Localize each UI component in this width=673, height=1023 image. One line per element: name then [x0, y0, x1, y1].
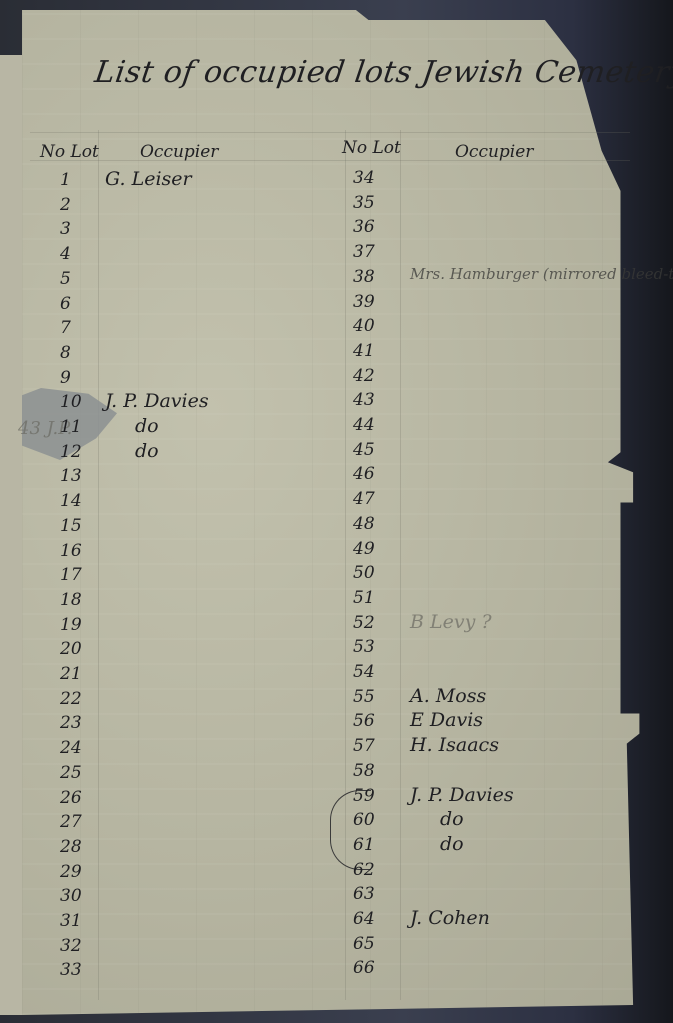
lot-number: 18 [60, 590, 82, 610]
lot-number: 29 [60, 862, 82, 882]
lot-number: 16 [60, 541, 82, 561]
ruled-line [30, 160, 630, 161]
lot-number: 39 [353, 292, 375, 312]
lot-number: 49 [353, 539, 375, 559]
lot-number: 54 [353, 662, 375, 682]
lot-number: 8 [60, 343, 71, 363]
lot-number: 42 [353, 366, 375, 386]
lot-number: 33 [60, 960, 82, 980]
lot-number: 53 [353, 637, 375, 657]
occupier-name: do [135, 415, 159, 437]
occupier-name: E Davis [410, 709, 483, 731]
right-lot-header: No Lot [342, 138, 401, 158]
lot-number: 21 [60, 664, 82, 684]
ruled-column-line [400, 130, 401, 1000]
lot-number: 9 [60, 368, 71, 388]
lot-number: 25 [60, 763, 82, 783]
lot-number: 62 [353, 860, 375, 880]
lot-number: 19 [60, 615, 82, 635]
ruled-line [30, 132, 630, 133]
lot-number: 52 [353, 613, 375, 633]
occupier-name: do [135, 440, 159, 462]
left-occupier-header: Occupier [140, 142, 218, 162]
lot-number: 60 [353, 810, 375, 830]
lot-number: 17 [60, 565, 82, 585]
lot-number: 50 [353, 563, 375, 583]
occupier-name: do [440, 833, 464, 855]
lot-number: 22 [60, 689, 82, 709]
occupier-name: H. Isaacs [410, 734, 499, 756]
lot-number: 34 [353, 168, 375, 188]
lot-number: 6 [60, 294, 71, 314]
lot-number: 38 [353, 267, 375, 287]
lot-number: 15 [60, 516, 82, 536]
lot-number: 40 [353, 316, 375, 336]
lot-number: 55 [353, 687, 375, 707]
lot-number: 48 [353, 514, 375, 534]
lot-number: 47 [353, 489, 375, 509]
lot-number: 37 [353, 242, 375, 262]
lot-number: 35 [353, 193, 375, 213]
lot-number: 65 [353, 934, 375, 954]
document-title: List of occupied lots Jewish Cemetery [93, 55, 673, 90]
occupier-name: G. Leiser [105, 168, 192, 190]
lot-number: 44 [353, 415, 375, 435]
occupier-name: J. P. Davies [410, 784, 514, 806]
lot-number: 51 [353, 588, 375, 608]
lot-number: 27 [60, 812, 82, 832]
lot-number: 24 [60, 738, 82, 758]
ruled-column-line [345, 130, 346, 1000]
lot-number: 11 [60, 417, 82, 437]
lot-number: 31 [60, 911, 82, 931]
lot-number: 23 [60, 713, 82, 733]
lot-number: 66 [353, 958, 375, 978]
lot-number: 10 [60, 392, 82, 412]
lot-number: 5 [60, 269, 71, 289]
lot-number: 43 [353, 390, 375, 410]
lot-number: 58 [353, 761, 375, 781]
lot-number: 41 [353, 341, 375, 361]
occupier-name: do [440, 808, 464, 830]
lot-number: 59 [353, 786, 375, 806]
lot-number: 13 [60, 466, 82, 486]
lot-number: 7 [60, 318, 71, 338]
occupier-name: J. P. Davies [105, 390, 209, 412]
lot-number: 26 [60, 788, 82, 808]
occupier-name: B Levy ? [410, 611, 492, 633]
underlying-page-edge [0, 55, 24, 1015]
lot-number: 1 [60, 170, 71, 190]
lot-number: 4 [60, 244, 71, 264]
lot-number: 46 [353, 464, 375, 484]
lot-number: 28 [60, 837, 82, 857]
lot-number: 64 [353, 909, 375, 929]
occupier-name: A. Moss [410, 685, 486, 707]
lot-number: 45 [353, 440, 375, 460]
lot-number: 36 [353, 217, 375, 237]
lot-number: 12 [60, 442, 82, 462]
right-occupier-header: Occupier [455, 142, 533, 162]
lot-number: 2 [60, 195, 71, 215]
lot-number: 32 [60, 936, 82, 956]
occupier-name: J. Cohen [410, 907, 490, 929]
ruled-column-line [98, 130, 99, 1000]
lot-number: 30 [60, 886, 82, 906]
occupier-name: Mrs. Hamburger (mirrored bleed-through) [410, 265, 673, 283]
lot-number: 56 [353, 711, 375, 731]
left-lot-header: No Lot [40, 142, 99, 162]
lot-number: 63 [353, 884, 375, 904]
lot-number: 61 [353, 835, 375, 855]
lot-number: 3 [60, 219, 71, 239]
lot-number: 20 [60, 639, 82, 659]
lot-number: 14 [60, 491, 82, 511]
lot-number: 57 [353, 736, 375, 756]
